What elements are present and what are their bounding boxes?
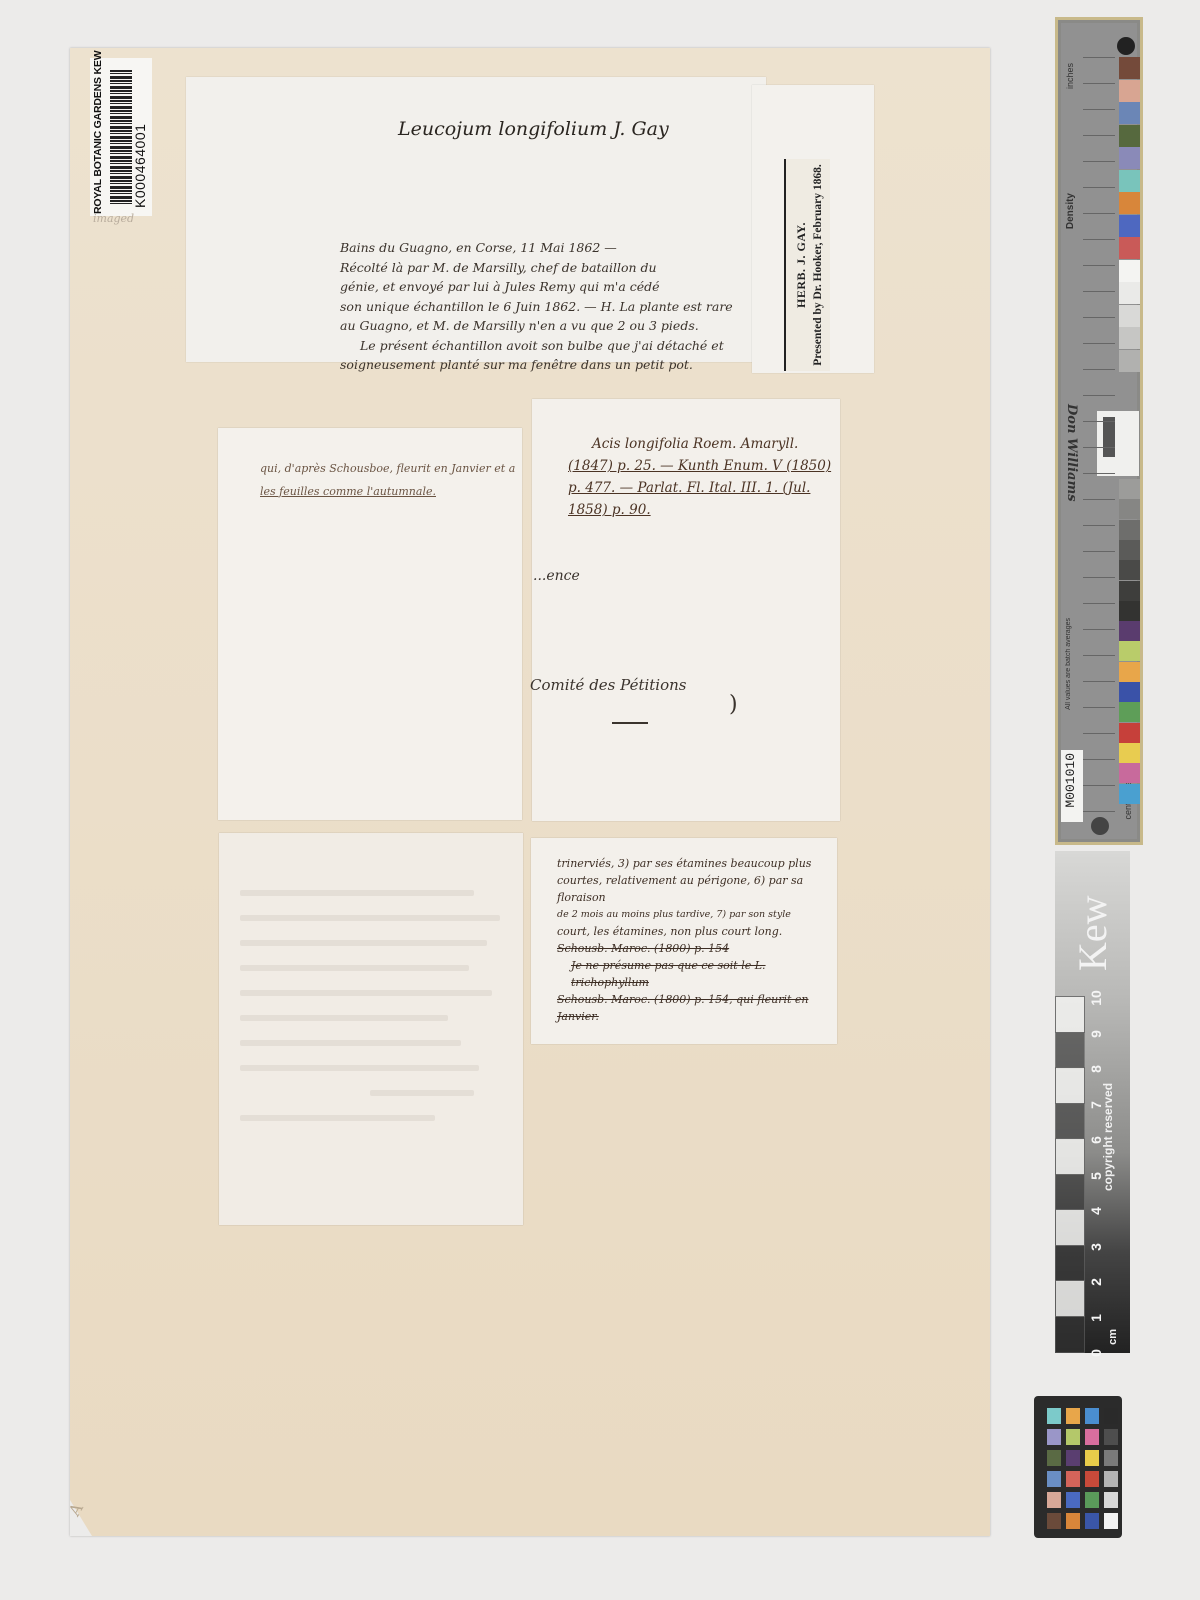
checker-patch xyxy=(1104,1408,1118,1424)
color-swatch-2 xyxy=(1119,80,1140,102)
color-swatch-27 xyxy=(1119,723,1140,743)
bleed-through-text xyxy=(240,890,500,1140)
scale-gridline xyxy=(1083,369,1115,370)
color-swatch-12 xyxy=(1119,305,1140,327)
locality-line: son unique échantillon le 6 Juin 1862. —… xyxy=(340,297,750,317)
color-swatch-17 xyxy=(1119,520,1140,540)
scale-gridline xyxy=(1083,551,1115,552)
stamp-line-1: HERB. J. GAY. xyxy=(793,159,810,371)
color-swatch-18 xyxy=(1119,540,1140,560)
barcode-icon xyxy=(110,70,132,206)
color-swatch-19 xyxy=(1119,560,1140,580)
color-swatch-5 xyxy=(1119,147,1140,169)
color-swatch-22 xyxy=(1119,621,1140,641)
checker-patch xyxy=(1085,1513,1099,1529)
locality-line: Le présent échantillon avoit son bulbe q… xyxy=(340,336,750,356)
checker-patch xyxy=(1047,1471,1061,1487)
note-line-struck: Schousb. Maroc. (1800) p. 154 xyxy=(557,940,832,957)
color-swatch-15 xyxy=(1119,479,1140,499)
pencil-note: imaged xyxy=(93,212,134,225)
scale-gridline xyxy=(1083,577,1115,578)
reference-text: Acis longifolia Roem. Amaryll. (1847) p.… xyxy=(568,433,848,521)
note-line-struck: Schousb. Maroc. (1800) p. 154, qui fleur… xyxy=(557,991,832,1025)
color-swatch-13 xyxy=(1119,327,1140,349)
scale-gridline xyxy=(1083,525,1115,526)
scale-gridline xyxy=(1083,681,1115,682)
checker-patch xyxy=(1104,1513,1118,1529)
color-swatch-26 xyxy=(1119,702,1140,722)
color-swatch-25 xyxy=(1119,682,1140,702)
checker-patch xyxy=(1066,1429,1080,1445)
ruler-tick-label: 9 xyxy=(1088,1024,1104,1044)
checker-patch xyxy=(1047,1408,1061,1424)
color-calibration-bar: inches Density Don Williams All values a… xyxy=(1055,17,1143,845)
checker-patch xyxy=(1085,1492,1099,1508)
checker-patch xyxy=(1085,1450,1099,1466)
color-swatch-3 xyxy=(1119,102,1140,124)
herbarium-stamp: HERB. J. GAY. Presented by Dr. Hooker, F… xyxy=(784,159,830,371)
ruler-tick-label: 6 xyxy=(1088,1130,1104,1150)
institution-name: ROYAL BOTANIC GARDENS KEW xyxy=(92,64,112,214)
checker-patch xyxy=(1085,1408,1099,1424)
color-swatch-24 xyxy=(1119,662,1140,682)
color-swatch-21 xyxy=(1119,601,1140,621)
registration-dot-icon xyxy=(1117,37,1135,55)
scale-gridline xyxy=(1083,395,1115,396)
checker-patch xyxy=(1085,1429,1099,1445)
reference-line: (1847) p. 25. — Kunth Enum. V (1850) xyxy=(568,455,848,477)
locality-line: Bains du Guagno, en Corse, 11 Mai 1862 — xyxy=(340,238,750,258)
checker-patch xyxy=(1104,1471,1118,1487)
scale-gridline xyxy=(1083,655,1115,656)
scale-gridline xyxy=(1083,291,1115,292)
checker-patch xyxy=(1047,1450,1061,1466)
checker-patch xyxy=(1085,1471,1099,1487)
color-swatch-8 xyxy=(1119,215,1140,237)
checker-patch xyxy=(1047,1492,1061,1508)
stamp-line-2: Presented by Dr. Hooker, February 1868. xyxy=(810,159,827,371)
checker-patch xyxy=(1066,1450,1080,1466)
colorbar-note: All values are batch averages xyxy=(1065,618,1081,710)
scale-gridline xyxy=(1083,499,1115,500)
locality-line: au Guagno, et M. de Marsilly n'en a vu q… xyxy=(340,316,750,336)
reference-line: Acis longifolia Roem. Amaryll. xyxy=(568,433,848,455)
scale-gridline xyxy=(1083,187,1115,188)
bleed-paren: ) xyxy=(729,692,738,717)
scale-gridline xyxy=(1083,343,1115,344)
color-swatch-29 xyxy=(1119,763,1140,783)
page-left-top-text: qui, d'après Schousboe, fleurit en Janvi… xyxy=(260,457,530,503)
bleed-fragment-comite: Comité des Pétitions xyxy=(530,676,686,694)
scale-gridline xyxy=(1083,785,1115,786)
note-line: court, les étamines, non plus court long… xyxy=(557,923,832,940)
taxon-name: Leucojum longifolium J. Gay xyxy=(398,118,669,140)
scale-gridline xyxy=(1083,811,1115,812)
colorbar-header-label: inches xyxy=(1065,63,1081,89)
ruler-tick-label: 3 xyxy=(1088,1237,1104,1257)
ruler-tick-label: 1 xyxy=(1088,1308,1104,1328)
ruler-segment xyxy=(1055,1067,1085,1104)
scale-gridline xyxy=(1083,447,1115,448)
color-swatch-7 xyxy=(1119,192,1140,214)
kew-logo: Kew xyxy=(1069,895,1116,971)
scale-gridline xyxy=(1083,733,1115,734)
ruler-segment xyxy=(1055,1280,1085,1317)
reference-line: 1858) p. 90. xyxy=(568,499,848,521)
ruler-tick-label: 7 xyxy=(1088,1095,1104,1115)
scale-gridline xyxy=(1083,83,1115,84)
colorbar-code: M001010 xyxy=(1061,750,1083,822)
checker-patch xyxy=(1066,1492,1080,1508)
note-line: courtes, relativement au périgone, 6) pa… xyxy=(557,872,832,906)
scale-gridline xyxy=(1083,57,1115,58)
scale-gridline xyxy=(1083,759,1115,760)
note-line: trinerviés, 3) par ses étamines beaucoup… xyxy=(557,855,832,872)
ruler-tick-label: 2 xyxy=(1088,1272,1104,1292)
checker-patch xyxy=(1104,1492,1118,1508)
scale-gridline xyxy=(1083,317,1115,318)
note-line: les feuilles comme l'autumnale. xyxy=(260,480,530,503)
color-swatch-4 xyxy=(1119,125,1140,147)
checker-patch xyxy=(1047,1513,1061,1529)
locality-text: Bains du Guagno, en Corse, 11 Mai 1862 —… xyxy=(340,238,750,375)
checker-patch xyxy=(1066,1513,1080,1529)
scale-gridline xyxy=(1083,161,1115,162)
color-swatch-11 xyxy=(1119,282,1140,304)
ruler-tick-label: 4 xyxy=(1088,1201,1104,1221)
color-checker-card xyxy=(1034,1396,1122,1538)
scale-gridline xyxy=(1083,135,1115,136)
locality-line: génie, et envoyé par lui à Jules Remy qu… xyxy=(340,277,750,297)
note-line: de 2 mois au moins plus tardive, 7) par … xyxy=(557,906,832,923)
scale-gridline xyxy=(1083,265,1115,266)
scale-gridline xyxy=(1083,421,1115,422)
color-swatch-6 xyxy=(1119,170,1140,192)
note-line-struck: Je ne présume pas que ce soit le L. tric… xyxy=(557,957,832,991)
checker-patch xyxy=(1066,1408,1080,1424)
ruler-segment xyxy=(1055,1103,1085,1140)
scale-gridline xyxy=(1083,473,1115,474)
checker-patch xyxy=(1104,1429,1118,1445)
ruler-segment xyxy=(1055,1138,1085,1175)
ruler-tick-label: 8 xyxy=(1088,1059,1104,1079)
color-swatch-9 xyxy=(1119,237,1140,259)
registration-dot-icon xyxy=(1091,817,1109,835)
color-swatch-14 xyxy=(1119,350,1140,372)
scale-gridline xyxy=(1083,707,1115,708)
note-line: qui, d'après Schousboe, fleurit en Janvi… xyxy=(260,457,530,480)
ruler-tick-label: 10 xyxy=(1088,988,1104,1008)
scale-gridline xyxy=(1083,239,1115,240)
barcode-label: ROYAL BOTANIC GARDENS KEW K000464001 xyxy=(90,58,152,216)
page-right-bottom-text: trinerviés, 3) par ses étamines beaucoup… xyxy=(557,855,832,1025)
checker-patch xyxy=(1066,1471,1080,1487)
copyright-text: copyright reserved xyxy=(1101,991,1123,1191)
checker-patch xyxy=(1104,1450,1118,1466)
ruler-segment xyxy=(1055,1174,1085,1211)
reference-line: p. 477. — Parlat. Fl. Ital. III. 1. (Jul… xyxy=(568,477,848,499)
color-swatch-30 xyxy=(1119,784,1140,804)
ruler-segment xyxy=(1055,1245,1085,1282)
color-swatch-28 xyxy=(1119,743,1140,763)
color-swatch-16 xyxy=(1119,499,1140,519)
bleed-dash xyxy=(612,722,648,724)
scale-gridline xyxy=(1083,629,1115,630)
ruler-segment xyxy=(1055,1032,1085,1069)
ruler-segment xyxy=(1055,1316,1085,1353)
bleed-fragment: ...ence xyxy=(533,568,580,584)
color-swatch-23 xyxy=(1119,641,1140,661)
color-swatch-1 xyxy=(1119,57,1140,79)
color-swatch-20 xyxy=(1119,581,1140,601)
scale-gridline xyxy=(1083,213,1115,214)
density-label: Density xyxy=(1065,193,1081,229)
ruler-segment xyxy=(1055,1209,1085,1246)
barcode-number: K000464001 xyxy=(132,58,152,208)
scale-gridline xyxy=(1083,109,1115,110)
locality-line: soigneusement planté sur ma fenêtre dans… xyxy=(340,355,750,375)
locality-line: Récolté là par M. de Marsilly, chef de b… xyxy=(340,258,750,278)
kew-scale-ruler: Kew copyright reserved 012345678910 cm xyxy=(1055,851,1130,1353)
ruler-tick-label: 5 xyxy=(1088,1166,1104,1186)
ruler-tick-label: 0 xyxy=(1088,1343,1104,1363)
checker-patch xyxy=(1047,1429,1061,1445)
color-swatch-10 xyxy=(1119,260,1140,282)
ruler-segment xyxy=(1055,996,1085,1033)
scale-gridline xyxy=(1083,603,1115,604)
colorbar-brand: Don Williams xyxy=(1061,404,1079,514)
unit-label: cm xyxy=(1107,1329,1119,1345)
